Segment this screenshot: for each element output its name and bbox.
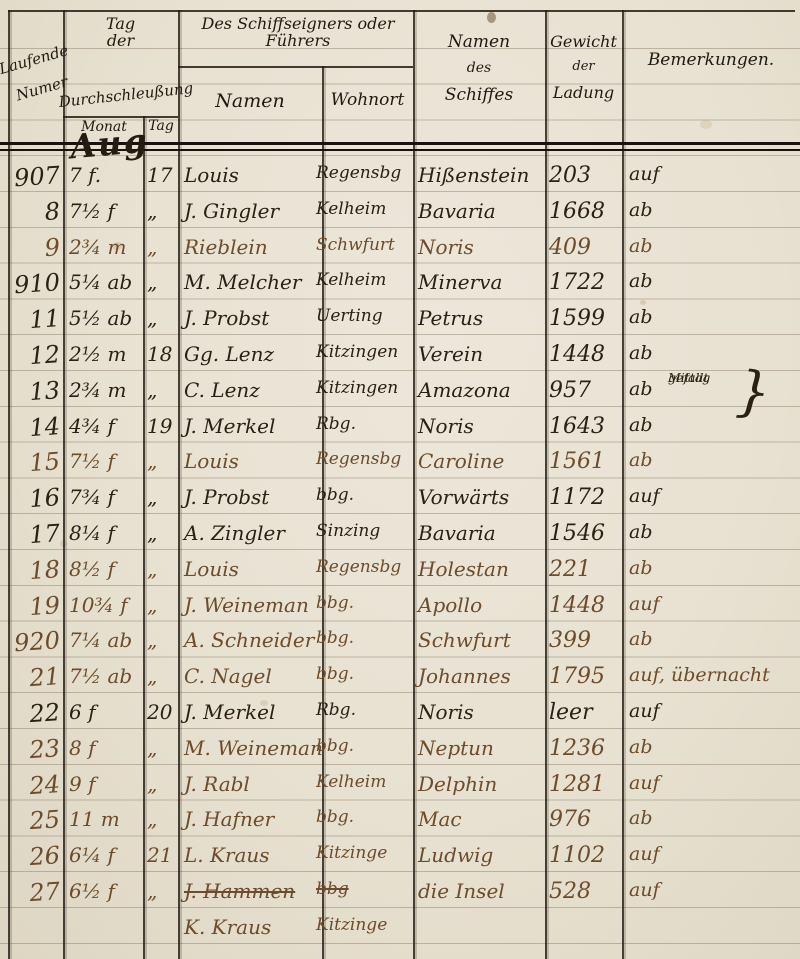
- cargo-weight: 1599: [549, 306, 619, 331]
- subheader-wohnort: Wohnort: [322, 92, 413, 110]
- cargo-weight: 1281: [549, 772, 619, 797]
- ledger-row: 144¾ f19J. MerkelRbg.Noris1643ab: [0, 414, 800, 450]
- ledger-row: 2511 m„J. Hafnerbbg.Mac976ab: [0, 807, 800, 843]
- day-number: 17: [147, 163, 175, 187]
- ship-name: Ludwig: [418, 843, 544, 867]
- sluice-time: 5½ ab: [69, 306, 141, 330]
- residence: Schwfurt: [316, 235, 412, 255]
- residence: Kitzingen: [316, 378, 412, 398]
- remark: auf: [629, 593, 799, 615]
- owner-name: C. Lenz: [184, 378, 320, 402]
- owner-name: Louis: [184, 557, 320, 581]
- header-gewicht-line2: der: [545, 56, 622, 79]
- ship-name: Noris: [418, 414, 544, 438]
- paper-stain: [700, 120, 712, 129]
- sluice-time: 9 f: [69, 772, 141, 796]
- header-schiffseigner-line2: Führers: [180, 33, 416, 50]
- owner-name: J. Merkel: [184, 700, 320, 724]
- ship-name: Johannes: [418, 664, 544, 688]
- header-tag-der: Tag der: [63, 16, 178, 50]
- subheader-tag: Tag: [144, 119, 178, 134]
- header-schiffsname-line1: Namen: [413, 28, 545, 57]
- remark: auf: [629, 485, 799, 507]
- ledger-row: 92¾ m„RiebleinSchwfurtNoris409ab: [0, 235, 800, 271]
- header-schiffsname-line3: Schiffes: [413, 81, 545, 110]
- ship-name: Neptun: [418, 736, 544, 760]
- residence: bbg.: [316, 736, 412, 756]
- sluice-time: 7½ ab: [69, 664, 141, 688]
- ship-name: Mac: [418, 807, 544, 831]
- ship-name: Amazona: [418, 378, 544, 402]
- cargo-weight: 1102: [549, 843, 619, 868]
- sluice-time: 7¾ f: [69, 485, 141, 509]
- row-number: 907: [3, 161, 61, 193]
- cargo-weight: 203: [549, 163, 619, 188]
- day-number: „: [147, 557, 175, 581]
- owner-name: J. Hammen: [184, 879, 320, 903]
- owner-name: K. Kraus: [184, 915, 320, 939]
- sluice-time: 11 m: [69, 807, 141, 831]
- sluice-time: 2¾ m: [69, 235, 141, 259]
- remark: ab: [629, 270, 799, 292]
- header-schiffseigner: Des Schiffseigners oder Führers: [180, 16, 416, 50]
- row-number: 17: [3, 519, 61, 551]
- sluice-time: 8 f: [69, 736, 141, 760]
- ledger-row: 188½ f„LouisRegensbgHolestan221ab: [0, 557, 800, 593]
- subheader-tag-label: Tag: [148, 118, 174, 134]
- ship-name: die Insel: [418, 879, 544, 903]
- sluice-time: 7½ f: [69, 199, 141, 223]
- remark: ab: [629, 414, 799, 436]
- ship-name: Schwfurt: [418, 628, 544, 652]
- month-label: Aug: [68, 121, 150, 167]
- ledger-row: 238 f„M. Weinemanbbg.Neptun1236ab: [0, 736, 800, 772]
- owner-name: J. Hafner: [184, 807, 320, 831]
- owner-name: L. Kraus: [184, 843, 320, 867]
- sluice-time: 7¼ ab: [69, 628, 141, 652]
- day-number: „: [147, 378, 175, 402]
- sluice-time: 2½ m: [69, 342, 141, 366]
- day-number: 21: [147, 843, 175, 867]
- sluice-time: 8¼ f: [69, 521, 141, 545]
- header-tag-line2: der: [63, 33, 178, 50]
- ledger-row: 115½ ab„J. ProbstUertingPetrus1599ab: [0, 306, 800, 342]
- sluice-time: 6¼ f: [69, 843, 141, 867]
- cargo-weight: 1561: [549, 449, 619, 474]
- day-number: „: [147, 807, 175, 831]
- cargo-weight: 1668: [549, 199, 619, 224]
- ledger-row: 9105¼ ab„M. MelcherKelheimMinerva1722ab: [0, 270, 800, 306]
- ship-name: Bavaria: [418, 521, 544, 545]
- header-gewicht-line1: Gewicht: [545, 28, 622, 56]
- ledger-row: 87½ f„J. GinglerKelheimBavaria1668ab: [0, 199, 800, 235]
- day-number: „: [147, 628, 175, 652]
- remark: ab: [629, 199, 799, 221]
- row-number: 21: [3, 662, 61, 694]
- remark-note: Mittaggefallt: [668, 372, 738, 385]
- owner-name: J. Probst: [184, 306, 320, 330]
- owner-name: J. Weineman: [184, 593, 320, 617]
- row-number: 24: [3, 770, 61, 802]
- owner-name: Gg. Lenz: [184, 342, 320, 366]
- residence: bbg.: [316, 485, 412, 505]
- ledger-row: K. KrausKitzinge: [0, 915, 800, 951]
- residence: Regensbg: [316, 449, 412, 469]
- residence: bbg.: [316, 807, 412, 827]
- residence: Kelheim: [316, 270, 412, 290]
- ship-name: Holestan: [418, 557, 544, 581]
- owner-name: J. Merkel: [184, 414, 320, 438]
- row-number: 16: [3, 483, 61, 515]
- day-number: „: [147, 449, 175, 473]
- owner-name: A. Schneider: [184, 628, 320, 652]
- day-number: „: [147, 270, 175, 294]
- day-number: 19: [147, 414, 175, 438]
- subheader-namen-label: Namen: [215, 90, 284, 112]
- remark: ab: [629, 521, 799, 543]
- owner-name: Louis: [184, 449, 320, 473]
- ledger-row: 276½ f„J. Hammenbbgdie Insel528auf: [0, 879, 800, 915]
- ledger-row: 157½ f„LouisRegensbgCaroline1561ab: [0, 449, 800, 485]
- header-gewicht-line3: Ladung: [545, 79, 622, 107]
- owner-name: Rieblein: [184, 235, 320, 259]
- cargo-weight: leer: [549, 700, 619, 725]
- owner-name: M. Melcher: [184, 270, 320, 294]
- ship-name: Minerva: [418, 270, 544, 294]
- ledger-row: 132¾ m„C. LenzKitzingenAmazona957abMitta…: [0, 378, 800, 414]
- residence: Uerting: [316, 306, 412, 326]
- residence: Rbg.: [316, 700, 412, 720]
- row-number: 8: [3, 197, 61, 229]
- owner-name: M. Weineman: [184, 736, 320, 760]
- row-number: 26: [3, 841, 61, 873]
- cargo-weight: 957: [549, 378, 619, 403]
- remark: ab: [629, 557, 799, 579]
- paper-stain: [487, 12, 496, 23]
- row-number: 11: [3, 304, 61, 336]
- cargo-weight: 1722: [549, 270, 619, 295]
- ledger-row: 1910¾ f„J. Weinemanbbg.Apollo1448auf: [0, 593, 800, 629]
- residence: bbg.: [316, 593, 412, 613]
- day-number: „: [147, 736, 175, 760]
- cargo-weight: 409: [549, 235, 619, 260]
- day-number: „: [147, 199, 175, 223]
- row-number: 14: [3, 412, 61, 444]
- row-number: 910: [3, 268, 61, 300]
- remark: ab: [629, 628, 799, 650]
- cargo-weight: 1643: [549, 414, 619, 439]
- sluice-time: 10¾ f: [69, 593, 141, 617]
- cargo-weight: 1448: [549, 593, 619, 618]
- row-number: 18: [3, 555, 61, 587]
- sluice-time: 8½ f: [69, 557, 141, 581]
- owner-name: J. Probst: [184, 485, 320, 509]
- ship-name: Petrus: [418, 306, 544, 330]
- day-number: „: [147, 664, 175, 688]
- ship-name: Vorwärts: [418, 485, 544, 509]
- remark: ab: [629, 807, 799, 829]
- row-number: 25: [3, 805, 61, 837]
- ledger-row: 9077 f.17LouisRegensbgHißenstein203auf: [0, 163, 800, 199]
- sluice-time: 6½ f: [69, 879, 141, 903]
- remark: auf: [629, 879, 799, 901]
- day-number: 18: [147, 342, 175, 366]
- row-number: 19: [3, 591, 61, 623]
- cargo-weight: 1448: [549, 342, 619, 367]
- row-number: 12: [3, 340, 61, 372]
- cargo-weight: 1172: [549, 485, 619, 510]
- remark: ab: [629, 342, 799, 364]
- row-number: 27: [3, 877, 61, 909]
- eigner-subheader-rule: [178, 66, 413, 68]
- remark: auf, übernacht: [629, 664, 799, 686]
- ledger-page: Laufende Numer Tag der Durchschleußung M…: [0, 0, 800, 959]
- remark: auf: [629, 772, 799, 794]
- residence: bbg: [316, 879, 412, 899]
- sluice-time: 4¾ f: [69, 414, 141, 438]
- day-number: „: [147, 879, 175, 903]
- remark: ab: [629, 736, 799, 758]
- residence: bbg.: [316, 628, 412, 648]
- cargo-weight: 1795: [549, 664, 619, 689]
- cargo-weight: 528: [549, 879, 619, 904]
- subheader-namen: Namen: [178, 92, 322, 112]
- owner-name: C. Nagel: [184, 664, 320, 688]
- sluice-time: 2¾ m: [69, 378, 141, 402]
- row-number: 9: [3, 233, 61, 265]
- ledger-row: 217½ ab„C. Nagelbbg.Johannes1795auf, übe…: [0, 664, 800, 700]
- ship-name: Delphin: [418, 772, 544, 796]
- owner-name: J. Gingler: [184, 199, 320, 223]
- header-bemerkungen: Bemerkungen.: [622, 52, 800, 70]
- cargo-weight: 1546: [549, 521, 619, 546]
- residence: bbg.: [316, 664, 412, 684]
- owner-name: A. Zingler: [184, 521, 320, 545]
- remark: auf: [629, 163, 799, 185]
- sluice-time: 7½ f: [69, 449, 141, 473]
- remark-note-line2: gefallt: [668, 372, 709, 385]
- day-number: „: [147, 593, 175, 617]
- day-number: „: [147, 235, 175, 259]
- ship-name: Caroline: [418, 449, 544, 473]
- ledger-row: 9207¼ ab„A. Schneiderbbg.Schwfurt399ab: [0, 628, 800, 664]
- remark: ab: [629, 306, 799, 328]
- header-schiffsname-line2: des: [413, 57, 545, 81]
- residence: Kitzinge: [316, 843, 412, 863]
- ledger-row: 167¾ f„J. Probstbbg.Vorwärts1172auf: [0, 485, 800, 521]
- residence: Regensbg: [316, 557, 412, 577]
- ship-name: Verein: [418, 342, 544, 366]
- day-number: „: [147, 485, 175, 509]
- day-number: 20: [147, 700, 175, 724]
- header-schiffsname: Namen des Schiffes: [413, 28, 545, 110]
- remark: ab: [629, 449, 799, 471]
- cargo-weight: 221: [549, 557, 619, 582]
- ledger-row: 226 f20J. MerkelRbg.Norisleerauf: [0, 700, 800, 736]
- remark: auf: [629, 843, 799, 865]
- sluice-time: 7 f.: [69, 163, 141, 187]
- sluice-time: 6 f: [69, 700, 141, 724]
- ship-name: Bavaria: [418, 199, 544, 223]
- ledger-row: 249 f„J. RablKelheimDelphin1281auf: [0, 772, 800, 808]
- ship-name: Noris: [418, 700, 544, 724]
- residence: Sinzing: [316, 521, 412, 541]
- cargo-weight: 1236: [549, 736, 619, 761]
- owner-name: Louis: [184, 163, 320, 187]
- ledger-row: 266¼ f21L. KrausKitzingeLudwig1102auf: [0, 843, 800, 879]
- ship-name: Apollo: [418, 593, 544, 617]
- header-top-rule: [8, 10, 795, 12]
- row-number: 15: [3, 447, 61, 479]
- residence: Kitzinge: [316, 915, 412, 935]
- ledger-row: 178¼ f„A. ZinglerSinzingBavaria1546ab: [0, 521, 800, 557]
- subheader-wohnort-label: Wohnort: [331, 90, 405, 110]
- sluice-time: 5¼ ab: [69, 270, 141, 294]
- row-number: 22: [3, 698, 61, 730]
- residence: Kelheim: [316, 199, 412, 219]
- residence: Regensbg: [316, 163, 412, 183]
- remark: auf: [629, 700, 799, 722]
- residence: Kitzingen: [316, 342, 412, 362]
- day-number: „: [147, 772, 175, 796]
- owner-name: J. Rabl: [184, 772, 320, 796]
- residence: Kelheim: [316, 772, 412, 792]
- cargo-weight: 976: [549, 807, 619, 832]
- ship-name: Hißenstein: [418, 163, 544, 187]
- row-number: 23: [3, 734, 61, 766]
- cargo-weight: 399: [549, 628, 619, 653]
- header-bemerkungen-label: Bemerkungen.: [648, 50, 774, 70]
- day-number: „: [147, 306, 175, 330]
- remark: ab: [629, 235, 799, 257]
- row-number: 920: [3, 626, 61, 658]
- residence: Rbg.: [316, 414, 412, 434]
- row-number: 13: [3, 376, 61, 408]
- header-gewicht: Gewicht der Ladung: [545, 28, 622, 107]
- day-number: „: [147, 521, 175, 545]
- ship-name: Noris: [418, 235, 544, 259]
